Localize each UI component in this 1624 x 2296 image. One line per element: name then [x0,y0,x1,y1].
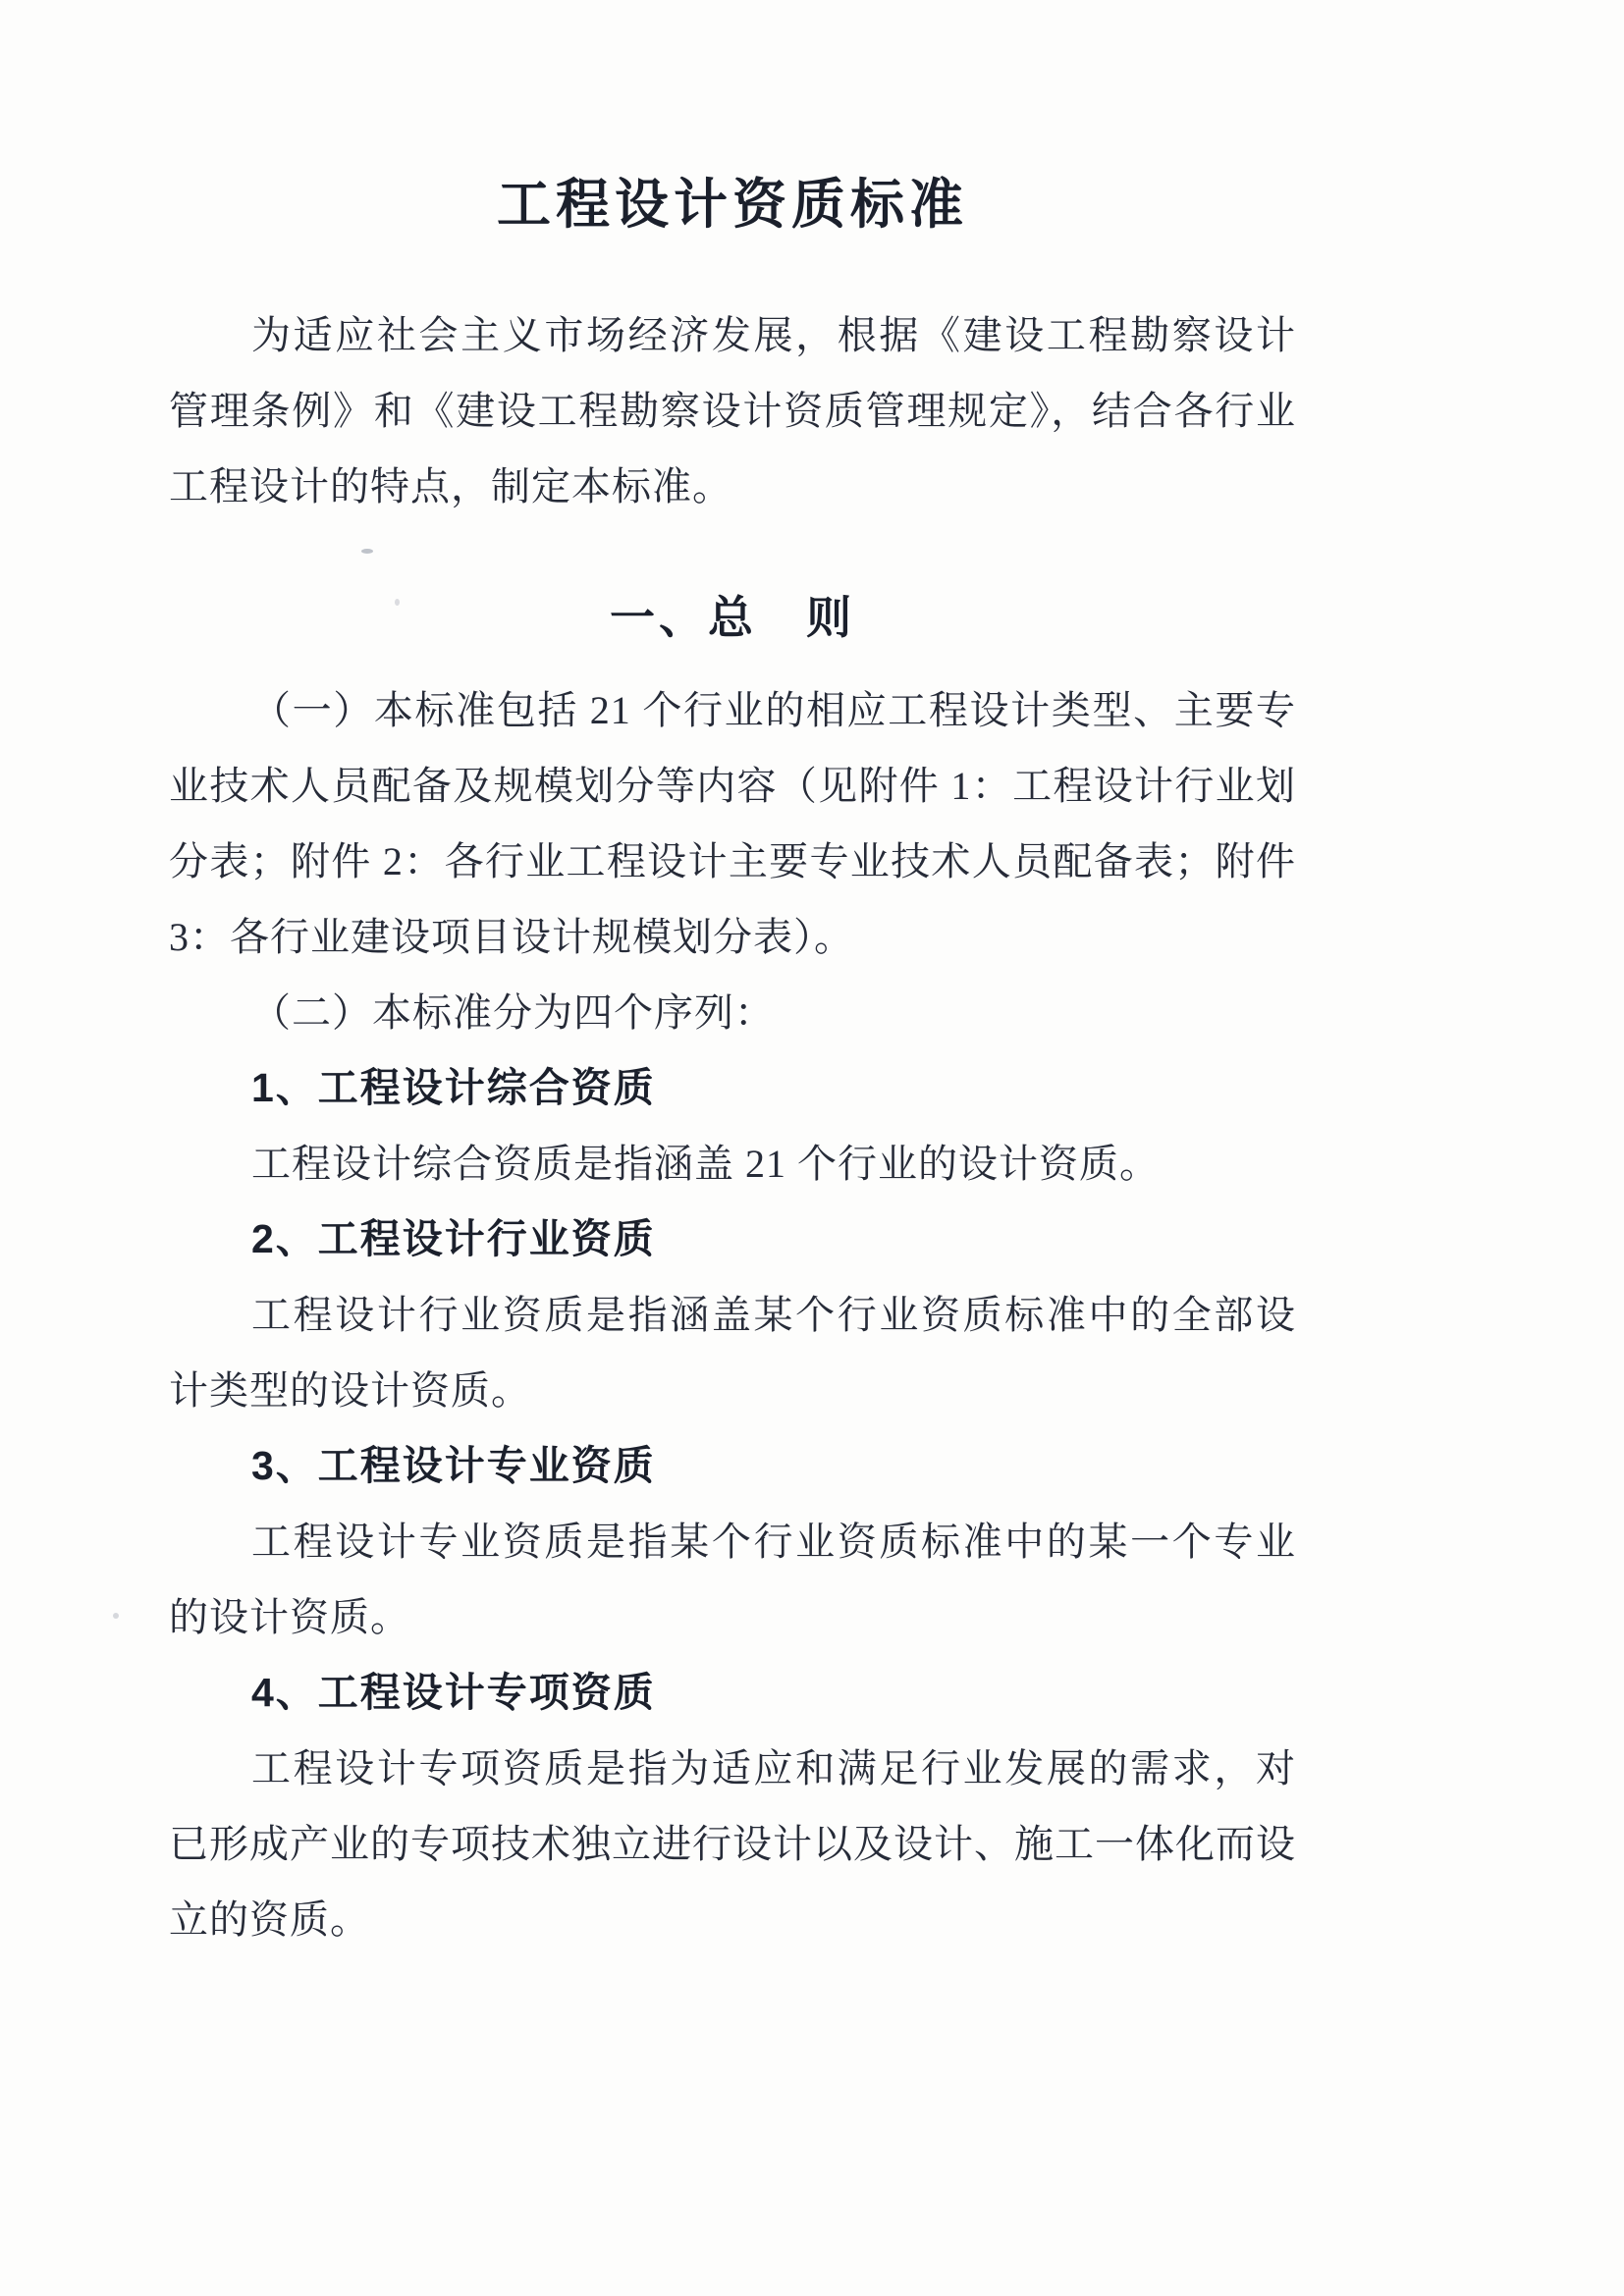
scan-speck [395,599,400,606]
scan-speck [361,549,373,554]
paragraph-industry-qualification: 工程设计行业资质是指涵盖某个行业资质标准中的全部设计类型的设计资质。 [169,1277,1296,1428]
paragraph-item-2: （二）本标准分为四个序列： [169,975,1296,1050]
sub-heading-industry-qualification: 2、工程设计行业资质 [169,1201,1296,1277]
paragraph-special-qualification: 工程设计专项资质是指为适应和满足行业发展的需求，对已形成产业的专项技术独立进行设… [169,1731,1296,1957]
sub-heading-professional-qualification: 3、工程设计专业资质 [169,1428,1296,1504]
section-heading-general-provisions: 一、总 则 [169,579,1296,656]
paragraph-item-1: （一）本标准包括 21 个行业的相应工程设计类型、主要专业技术人员配备及规模划分… [169,672,1296,975]
text-column: 工程设计资质标准 为适应社会主义市场经济发展，根据《建设工程勘察设计管理条例》和… [169,0,1296,1957]
document-title: 工程设计资质标准 [169,172,1296,237]
intro-paragraph: 为适应社会主义市场经济发展，根据《建设工程勘察设计管理条例》和《建设工程勘察设计… [169,297,1296,524]
sub-heading-special-qualification: 4、工程设计专项资质 [169,1655,1296,1731]
sub-heading-comprehensive-qualification: 1、工程设计综合资质 [169,1050,1296,1126]
paragraph-professional-qualification: 工程设计专业资质是指某个行业资质标准中的某一个专业的设计资质。 [169,1504,1296,1655]
scan-speck [113,1613,119,1619]
paragraph-comprehensive-qualification: 工程设计综合资质是指涵盖 21 个行业的设计资质。 [169,1126,1296,1201]
scanned-document-page: 工程设计资质标准 为适应社会主义市场经济发展，根据《建设工程勘察设计管理条例》和… [0,0,1624,2296]
